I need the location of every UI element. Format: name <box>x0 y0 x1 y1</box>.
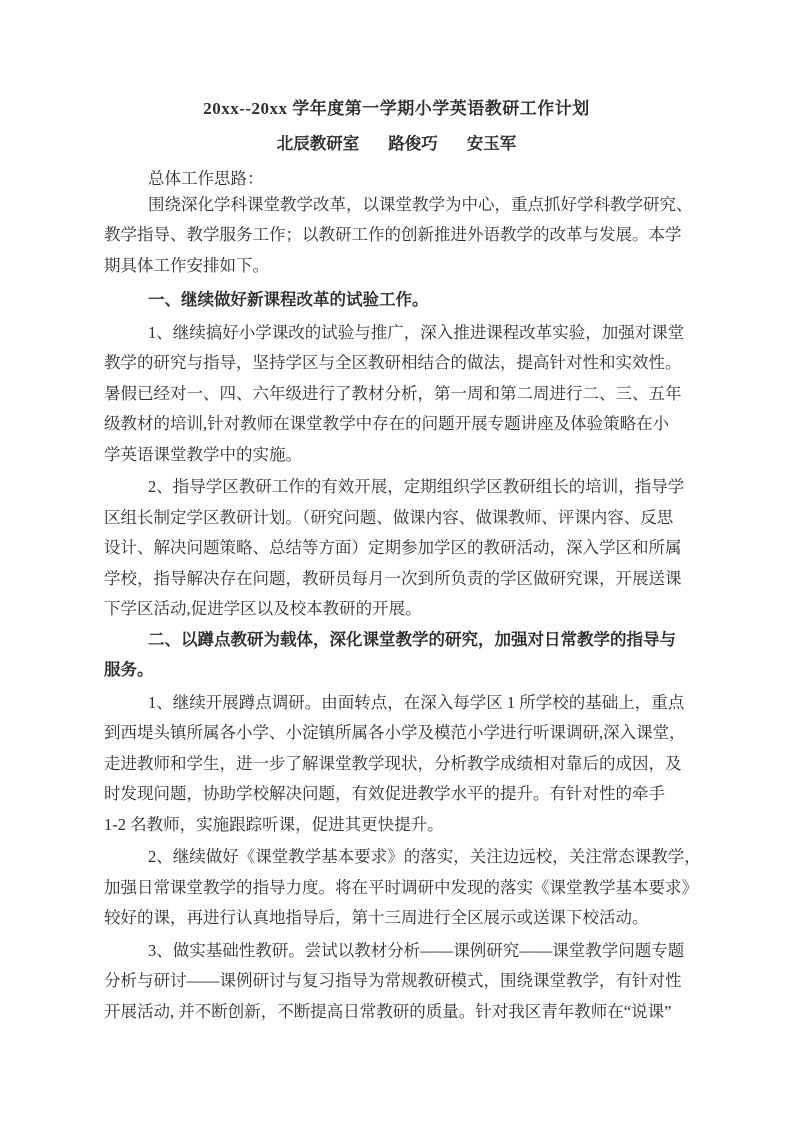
document-body: 总体工作思路：围绕深化学科课堂教学改革，以课堂教学为中心，重点抓好学科教学研究、… <box>104 164 704 1027</box>
text-line: 时发现问题，协助学校解决问题，有效促进教学水平的提升。有针对性的牵手 <box>104 779 704 810</box>
document-title: 20xx--20xx 学年度第一学期小学英语教研工作计划 <box>0 97 793 121</box>
paragraph: 3、做实基础性教研。尝试以教材分析——课例研究——课堂教学问题专题分析与研讨——… <box>104 936 704 1028</box>
text-line: 教学的研究与指导，坚持学区与全区教研相结合的做法，提高针对性和实效性。 <box>104 348 704 379</box>
text-line: 2、继续做好《课堂教学基本要求》的落实，关注边远校，关注常态课教学， <box>104 842 704 873</box>
text-line: 暑假已经对一、四、六年级进行了教材分析，第一周和第二周进行二、三、五年 <box>104 379 704 410</box>
text-line: 分析与研讨——课例研讨与复习指导为常规教研模式，围绕课堂教学，有针对性 <box>104 966 704 997</box>
byline-author: 路俊巧 <box>388 132 438 156</box>
document-page: 20xx--20xx 学年度第一学期小学英语教研工作计划 北辰教研室 路俊巧 安… <box>0 0 793 1122</box>
byline: 北辰教研室 路俊巧 安玉军 <box>0 132 793 156</box>
text-line: 学英语课堂教学中的实施。 <box>104 440 704 471</box>
text-line: 区组长制定学区教研计划。（研究问题、做课内容、做课教师、评课内容、反思 <box>104 503 704 534</box>
text-line: 围绕深化学科课堂教学改革，以课堂教学为中心，重点抓好学科教学研究、 <box>104 190 704 221</box>
paragraph: 1、继续开展蹲点调研。由面转点，在深入每学区 1 所学校的基础上，重点到西堤头镇… <box>104 688 704 841</box>
text-line: 期具体工作安排如下。 <box>104 251 704 282</box>
text-line: 下学区活动,促进学区以及校本教研的开展。 <box>104 594 704 625</box>
text-line: 二、以蹲点教研为载体，深化课堂教学的研究，加强对日常教学的指导与 <box>104 625 704 656</box>
text-line: 学校，指导解决存在问题，教研员每月一次到所负责的学区做研究课，开展送课 <box>104 564 704 595</box>
text-line: 1、继续搞好小学课改的试验与推广，深入推进课程改革实验，加强对课堂 <box>104 318 704 349</box>
text-line: 加强日常课堂教学的指导力度。将在平时调研中发现的落实《课堂教学基本要求》 <box>104 873 704 904</box>
text-line: 走进教师和学生，进一步了解课堂教学现状，分析教学成绩相对靠后的成因，及 <box>104 749 704 780</box>
text-line: 较好的课，再进行认真地指导后，第十三周进行全区展示或送课下校活动。 <box>104 903 704 934</box>
text-line: 开展活动, 并不断创新，不断提高日常教研的质量。针对我区青年教师在“说课” <box>104 997 704 1028</box>
paragraph: 2、继续做好《课堂教学基本要求》的落实，关注边远校，关注常态课教学，加强日常课堂… <box>104 842 704 934</box>
text-line: 一、继续做好新课程改革的试验工作。 <box>104 285 704 316</box>
text-line: 到西堤头镇所属各小学、小淀镇所属各小学及模范小学进行听课调研,深入课堂， <box>104 718 704 749</box>
text-line: 1、继续开展蹲点调研。由面转点，在深入每学区 1 所学校的基础上，重点 <box>104 688 704 719</box>
section-heading: 二、以蹲点教研为载体，深化课堂教学的研究，加强对日常教学的指导与服务。 <box>104 625 704 686</box>
paragraph: 2、指导学区教研工作的有效开展，定期组织学区教研组长的培训，指导学区组长制定学区… <box>104 472 704 625</box>
text-line: 3、做实基础性教研。尝试以教材分析——课例研究——课堂教学问题专题 <box>104 936 704 967</box>
text-line: 级教材的培训,针对教师在课堂教学中存在的问题开展专题讲座及体验策略在小 <box>104 409 704 440</box>
byline-author: 安玉军 <box>467 132 517 156</box>
text-line: 2、指导学区教研工作的有效开展，定期组织学区教研组长的培训，指导学 <box>104 472 704 503</box>
section-heading: 一、继续做好新课程改革的试验工作。 <box>104 285 704 316</box>
paragraph: 围绕深化学科课堂教学改革，以课堂教学为中心，重点抓好学科教学研究、教学指导、教学… <box>104 190 704 282</box>
paragraph: 1、继续搞好小学课改的试验与推广，深入推进课程改革实验，加强对课堂教学的研究与指… <box>104 318 704 471</box>
byline-department: 北辰教研室 <box>277 132 360 156</box>
text-line: 设计、解决问题策略、总结等方面）定期参加学区的教研活动，深入学区和所属 <box>104 533 704 564</box>
text-line: 服务。 <box>104 655 704 686</box>
text-line: 教学指导、教学服务工作；以教研工作的创新推进外语教学的改革与发展。本学 <box>104 220 704 251</box>
text-line: 1-2 名教师，实施跟踪听课，促进其更快提升。 <box>104 810 704 841</box>
